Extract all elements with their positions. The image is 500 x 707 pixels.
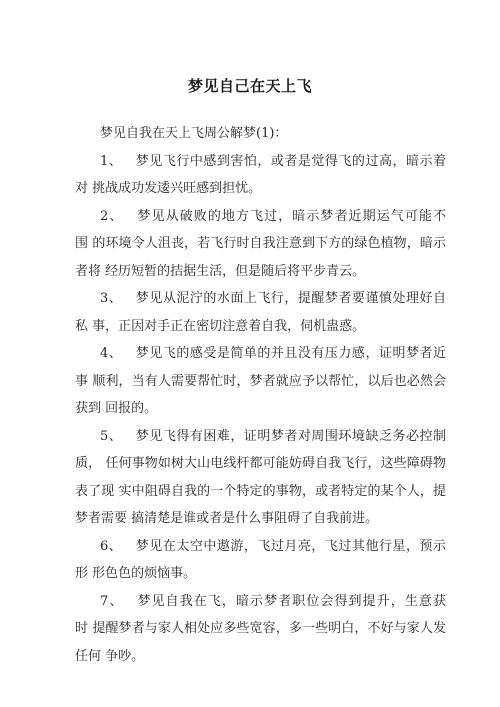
number-gap: [123, 219, 136, 220]
paragraph-line: 2、梦见从破败的地方飞过，暗示梦者近期运气可能不佳，周: [75, 203, 446, 231]
paragraph-line: 表了现 实中阻碍自我的一个特定的事物，或者特定的某个人，提醒: [75, 478, 446, 506]
item-number: 1、: [100, 154, 122, 169]
paragraph-line: 3、梦见从泥泞的水面上飞行，提醒梦者要谨慎处理好自我的: [75, 285, 446, 313]
number-gap: [122, 439, 135, 440]
paragraph-line: 围 的环境令人沮丧，若飞行时自我注意到下方的绿色植物，暗示梦: [75, 230, 446, 258]
paragraph-line: 4、梦见飞的感受是简单的并且没有压力感，证明梦者近期做: [75, 340, 446, 368]
line-text: 梦见自我在飞，暗示梦者职位会得到提升，生意获利，同: [100, 594, 446, 616]
paragraph-line: 6、梦见在太空中遨游，飞过月亮，飞过其他行星，预示的是: [75, 533, 446, 561]
paragraph-line: 7、梦见自我在飞，暗示梦者职位会得到提升，生意获利，同: [75, 588, 446, 616]
paragraph-line: 对 挑战成功发逶兴旺感到担忧。: [75, 175, 446, 203]
line-text: 梦见飞的感受是简单的并且没有压力感，证明梦者近期做: [100, 346, 446, 368]
paragraph-line: 私 事，正因对手正在密切注意着自我，伺机蛊惑。: [75, 313, 446, 341]
paragraph-line: 梦者需要 搞清楚是谁或者是什么事阻碍了自我前进。: [75, 505, 446, 533]
item-number: 4、: [100, 346, 122, 361]
paragraph-line: 获到 回报的。: [75, 395, 446, 423]
document-content: 梦见自我在天上飞周公解梦(1)： 1、梦见飞行中感到害怕，或者是觉得飞的过高，暗…: [75, 120, 446, 670]
line-text: 梦见在太空中遨游，飞过月亮，飞过其他行星，预示的是: [100, 539, 446, 561]
item-number: 2、: [100, 209, 123, 224]
page-title: 梦见自己在天上飞: [0, 0, 500, 99]
item-number: 5、: [100, 429, 122, 444]
paragraph-line: 1、梦见飞行中感到害怕，或者是觉得飞的过高，暗示着梦者: [75, 148, 446, 176]
document-page: 梦见自己在天上飞 梦见自我在天上飞周公解梦(1)： 1、梦见飞行中感到害怕，或者…: [0, 0, 500, 707]
paragraph-line: 者将 经历短暂的拮据生活，但是随后将平步青云。: [75, 258, 446, 286]
paragraph-line: 事 顺利，当有人需要帮忙时，梦者就应予以帮忙，以后也必然会收: [75, 368, 446, 396]
line-text: 梦见从破败的地方飞过，暗示梦者近期运气可能不佳，周: [100, 209, 446, 231]
number-gap: [122, 549, 135, 550]
paragraph-line: 任何 争吵。: [75, 643, 446, 671]
number-gap: [122, 164, 135, 165]
number-gap: [122, 301, 135, 302]
paragraph-line: 形 形色色的烦恼事。: [75, 560, 446, 588]
paragraph-line: 质， 任何事物如树大山电线杆都可能妨碍自我飞行，这些障碍物代: [75, 450, 446, 478]
item-number: 7、: [100, 594, 123, 609]
intro-line: 梦见自我在天上飞周公解梦(1)：: [75, 120, 446, 148]
paragraph-line: 时 提醒梦者与家人相处应多些宽容，多一些明白，不好与家人发生: [75, 615, 446, 643]
paragraph-list: 1、梦见飞行中感到害怕，或者是觉得飞的过高，暗示着梦者对 挑战成功发逶兴旺感到担…: [75, 148, 446, 671]
line-text: 梦见从泥泞的水面上飞行，提醒梦者要谨慎处理好自我的: [100, 291, 446, 313]
paragraph-line: 5、梦见飞得有困难，证明梦者对周围环境缺乏务必控制的潜: [75, 423, 446, 451]
item-number: 3、: [100, 291, 122, 306]
line-text: 梦见飞得有困难，证明梦者对周围环境缺乏务必控制的潜: [100, 429, 446, 451]
item-number: 6、: [100, 539, 122, 554]
line-text: 梦见飞行中感到害怕，或者是觉得飞的过高，暗示着梦者: [100, 154, 446, 176]
number-gap: [122, 356, 135, 357]
number-gap: [123, 604, 136, 605]
